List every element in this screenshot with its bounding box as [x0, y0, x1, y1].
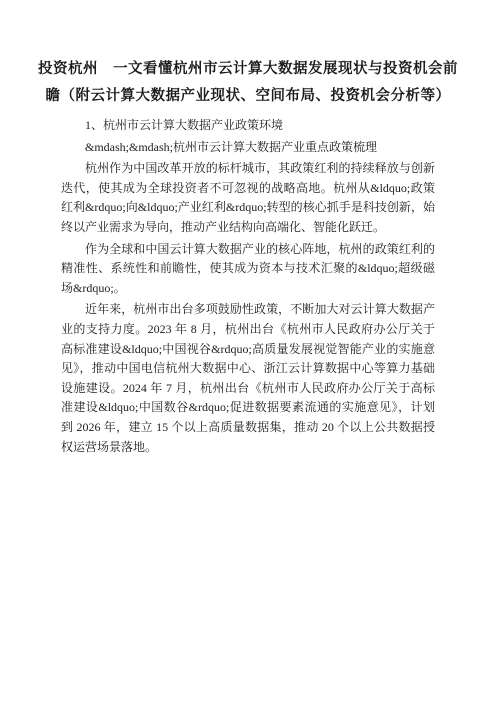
- body-paragraph: 作为全球和中国云计算大数据产业的核心阵地，杭州的政策红利的精准性、系统性和前瞻性…: [61, 240, 435, 299]
- section-subheading: &mdash;&mdash;杭州市云计算大数据产业重点政策梳理: [61, 138, 435, 158]
- document-title: 投资杭州 一文看懂杭州市云计算大数据发展现状与投资机会前瞻（附云计算大数据产业现…: [33, 56, 463, 110]
- body-paragraph: 近年来，杭州市出台多项鼓励性政策，不断加大对云计算大数据产业的支持力度。2023…: [61, 300, 435, 457]
- document-body: 1、杭州市云计算大数据产业政策环境 &mdash;&mdash;杭州市云计算大数…: [61, 116, 435, 457]
- section-heading: 1、杭州市云计算大数据产业政策环境: [61, 116, 435, 136]
- document-content: 投资杭州 一文看懂杭州市云计算大数据发展现状与投资机会前瞻（附云计算大数据产业现…: [0, 0, 496, 457]
- body-paragraph: 杭州作为中国改革开放的标杆城市，其政策红利的持续释放与创新迭代，使其成为全球投资…: [61, 159, 435, 237]
- document-page: 投资杭州 一文看懂杭州市云计算大数据发展现状与投资机会前瞻（附云计算大数据产业现…: [0, 0, 496, 701]
